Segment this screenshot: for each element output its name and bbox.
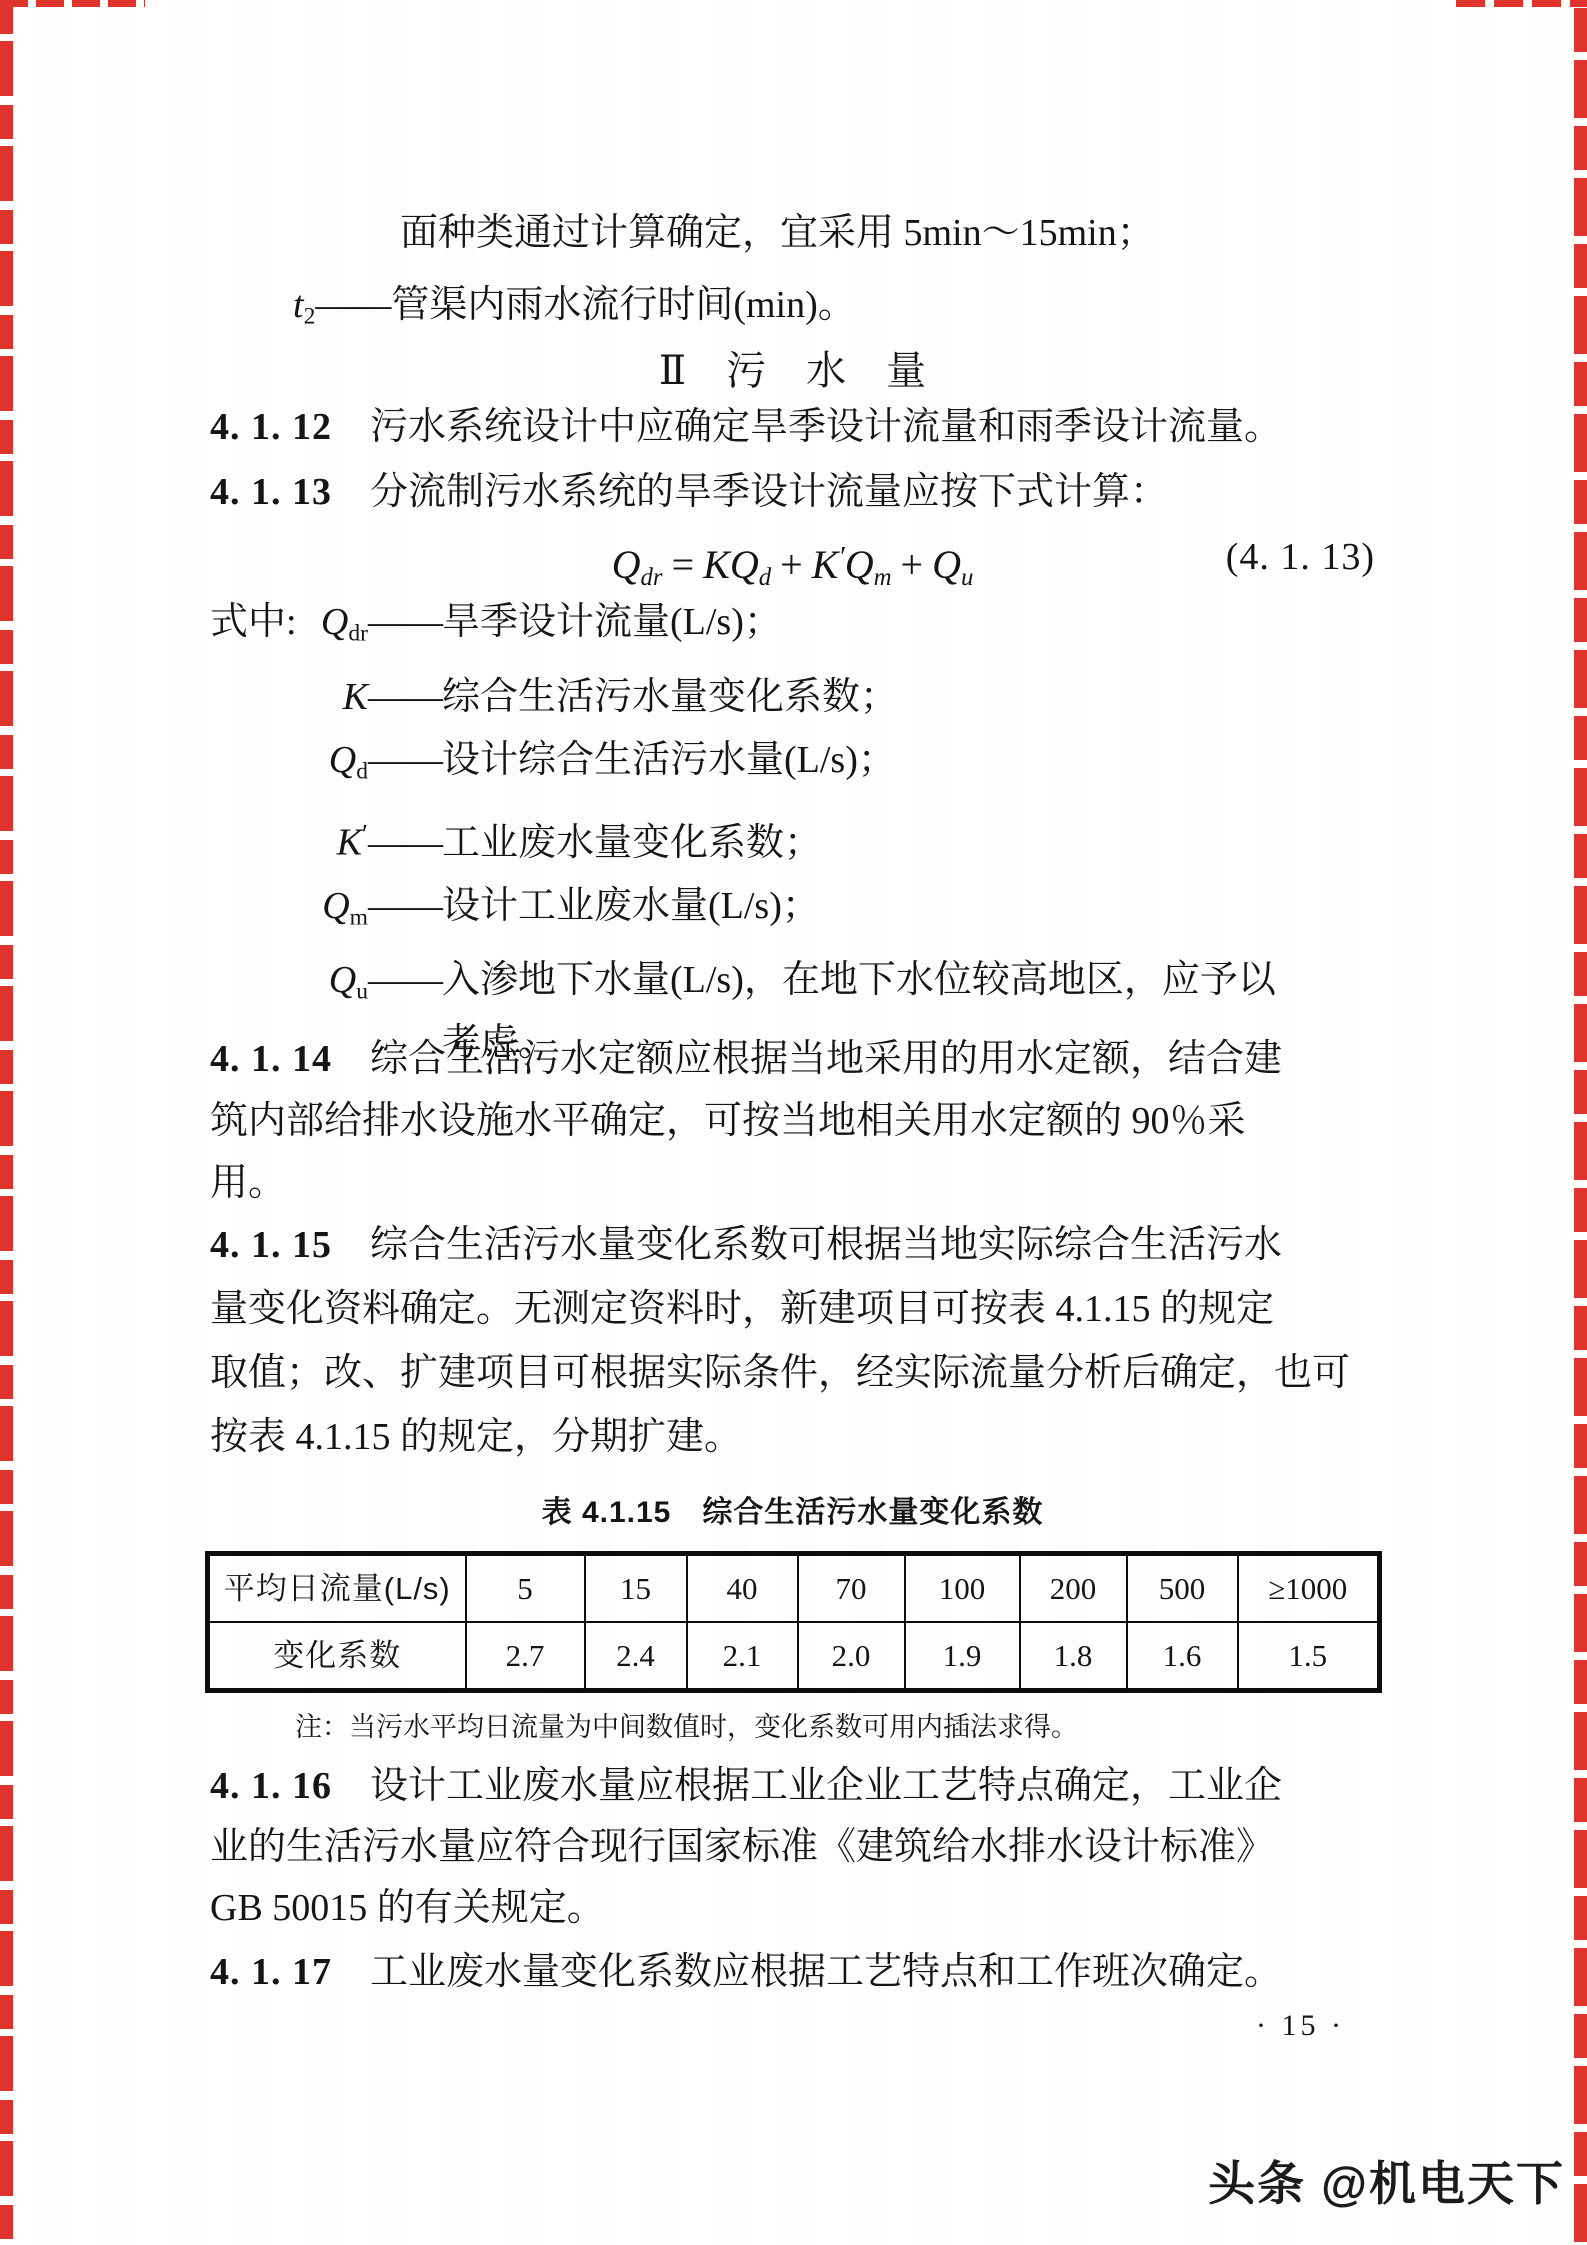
clause-line: 4. 1. 15综合生活污水量变化系数可根据当地实际综合生活污水 — [210, 1213, 1375, 1277]
definition-desc: 综合生活污水量变化系数； — [442, 666, 1375, 729]
clause-4-1-14: 4. 1. 14综合生活污水定额应根据当地采用的用水定额，结合建筑内部给排水设施… — [210, 1028, 1375, 1214]
math-symbol: Qdr — [321, 591, 368, 666]
math-symbol-base: Q — [932, 542, 961, 587]
clause-line: 业的生活污水量应符合现行国家标准《建筑给水排水设计标准》 — [210, 1817, 1375, 1878]
clause-text: 设计工业废水量应根据工业企业工艺特点确定，工业企 — [370, 1765, 1282, 1807]
table-flow-value: 15 — [585, 1554, 687, 1623]
clause-line: 4. 1. 14综合生活污水定额应根据当地采用的用水定额，结合建 — [210, 1028, 1375, 1090]
math-symbol-base: Q — [329, 739, 356, 781]
hanging-line-1: 面种类通过计算确定，宜采用 5min～15min； — [210, 201, 1375, 266]
math-symbol: K — [343, 666, 368, 729]
clause-number: 4. 1. 17 — [210, 1951, 332, 1993]
table-flow-value: 100 — [905, 1554, 1020, 1623]
table-data-row: 变化系数2.72.42.12.01.91.81.61.5 — [208, 1622, 1380, 1691]
definition-desc-line: 设计工业废水量(L/s)； — [442, 875, 1375, 938]
definition-desc-line: 旱季设计流量(L/s)； — [442, 591, 1375, 654]
math-subscript: d — [356, 758, 368, 784]
operator: + — [780, 542, 803, 587]
definition-dash: —— — [368, 949, 442, 1012]
definition-desc: 设计综合生活污水量(L/s)； — [442, 729, 1375, 792]
definition-item: 式中:Qdr——旱季设计流量(L/s)； — [210, 591, 1375, 666]
clause-text: 污水系统设计中应确定旱季设计流量和雨季设计流量。 — [370, 406, 1282, 448]
definition-desc-line: 入渗地下水量(L/s)，在地下水位较高地区，应予以 — [442, 949, 1375, 1012]
clause-number: 4. 1. 13 — [210, 471, 332, 513]
definition-symbol-col: K — [210, 666, 368, 729]
math-symbol: Qd — [329, 729, 368, 804]
definition-desc: 工业废水量变化系数； — [442, 812, 1375, 875]
red-scan-edge-right — [1574, 0, 1587, 2245]
math-subscript: m — [350, 904, 368, 930]
definition-symbol-col: Qu — [210, 949, 368, 1024]
math-symbol: Qu — [329, 949, 368, 1024]
page-content: 面种类通过计算确定，宜采用 5min～15min； t2——管渠内雨水流行时间(… — [210, 0, 1375, 2245]
table-flow-value: 5 — [466, 1554, 585, 1623]
math-symbol: K′ — [812, 542, 845, 587]
definition-desc-line: 设计综合生活污水量(L/s)； — [442, 729, 1375, 792]
clause-text: 工业废水量变化系数应根据工艺特点和工作班次确定。 — [370, 1951, 1282, 1993]
clause-line: 4. 1. 17工业废水量变化系数应根据工艺特点和工作班次确定。 — [210, 1940, 1375, 2005]
clause-line: 量变化资料确定。无测定资料时，新建项目可按表 4.1.15 的规定 — [210, 1277, 1375, 1341]
math-symbol-base: K — [703, 542, 730, 587]
definition-item: K′——工业废水量变化系数； — [210, 803, 1375, 874]
math-symbol-base: Q — [329, 959, 356, 1001]
clause-4-1-13: 4. 1. 13分流制污水系统的旱季设计流量应按下式计算： — [210, 460, 1375, 525]
term-t: t — [293, 284, 304, 326]
table-coefficient-value: 1.6 — [1127, 1622, 1238, 1691]
definition-symbol-col: 式中:Qdr — [210, 591, 368, 666]
symbol-definitions: 式中:Qdr——旱季设计流量(L/s)；K——综合生活污水量变化系数；Qd——设… — [210, 591, 1375, 1075]
table-flow-value: ≥1000 — [1238, 1554, 1380, 1623]
math-subscript: d — [759, 564, 771, 591]
term-t-subscript: 2 — [304, 304, 316, 330]
table-flow-value: 70 — [798, 1554, 905, 1623]
clause-text: 分流制污水系统的旱季设计流量应按下式计算： — [370, 471, 1168, 513]
clause-line: GB 50015 的有关规定。 — [210, 1878, 1375, 1939]
watermark: 头条 @机电天下 — [1208, 2155, 1565, 2213]
operator: + — [901, 542, 924, 587]
clause-line: 4. 1. 13分流制污水系统的旱季设计流量应按下式计算： — [210, 460, 1375, 525]
definition-desc-line: 综合生活污水量变化系数； — [442, 666, 1375, 729]
table-coefficient-value: 1.9 — [905, 1622, 1020, 1691]
red-scan-edge-top-right — [1447, 0, 1587, 7]
formula-expression: Qdr=KQd+K′Qm+Qu — [612, 542, 974, 587]
math-subscript: u — [961, 564, 973, 591]
definition-dash: —— — [368, 729, 442, 792]
hanging-line-1-text: 面种类通过计算确定，宜采用 5min～15min； — [400, 212, 1155, 254]
table-title: 表 4.1.15 综合生活污水量变化系数 — [210, 1491, 1375, 1535]
clause-number: 4. 1. 12 — [210, 406, 332, 448]
operator: = — [672, 542, 695, 587]
document-page: 面种类通过计算确定，宜采用 5min～15min； t2——管渠内雨水流行时间(… — [0, 0, 1587, 2245]
table-title-text: 表 4.1.15 综合生活污水量变化系数 — [542, 1496, 1044, 1529]
math-symbol-base: Q — [322, 885, 349, 927]
table-coefficient-value: 1.8 — [1020, 1622, 1127, 1691]
math-subscript: u — [356, 979, 368, 1005]
definition-dash: —— — [368, 812, 442, 875]
section-heading: Ⅱ 污 水 量 — [210, 338, 1375, 403]
math-symbol: Qd — [730, 542, 771, 587]
table-row-label: 变化系数 — [208, 1622, 466, 1691]
definition-desc: 设计工业废水量(L/s)； — [442, 875, 1375, 938]
table-note-text: 注：当污水平均日流量为中间数值时，变化系数可用内插法求得。 — [295, 1712, 1078, 1742]
clause-line: 取值；改、扩建项目可根据实际条件，经实际流量分析后确定，也可 — [210, 1341, 1375, 1405]
clause-number: 4. 1. 15 — [210, 1224, 332, 1266]
table-note: 注：当污水平均日流量为中间数值时，变化系数可用内插法求得。 — [210, 1706, 1375, 1748]
definition-symbol-col: K′ — [210, 803, 368, 874]
clause-4-1-16: 4. 1. 16设计工业废水量应根据工业企业工艺特点确定，工业企业的生活污水量应… — [210, 1756, 1375, 1939]
definition-item: K——综合生活污水量变化系数； — [210, 666, 1375, 729]
math-symbol: Qu — [932, 542, 973, 587]
table-coefficient-value: 1.5 — [1238, 1622, 1380, 1691]
math-symbol-base: Q — [612, 542, 641, 587]
red-scan-edge-left — [0, 0, 13, 2245]
table-coefficient-value: 2.4 — [585, 1622, 687, 1691]
clause-text: 综合生活污水定额应根据当地采用的用水定额，结合建 — [370, 1038, 1282, 1080]
math-symbol-base: K — [812, 542, 839, 587]
table-coefficient-value: 2.7 — [466, 1622, 585, 1691]
table-coefficient-value: 2.0 — [798, 1622, 905, 1691]
clause-text: 综合生活污水量变化系数可根据当地实际综合生活污水 — [370, 1224, 1282, 1266]
clause-line: 筑内部给排水设施水平确定，可按当地相关用水定额的 90％采 — [210, 1090, 1375, 1152]
math-subscript: m — [874, 564, 892, 591]
clause-line: 按表 4.1.15 的规定，分期扩建。 — [210, 1405, 1375, 1469]
table-header-row: 平均日流量(L/s)5154070100200500≥1000 — [208, 1554, 1380, 1623]
table-flow-value: 200 — [1020, 1554, 1127, 1623]
definition-desc: 旱季设计流量(L/s)； — [442, 591, 1375, 654]
math-symbol: K′ — [337, 803, 368, 874]
clause-line: 用。 — [210, 1152, 1375, 1214]
variation-coefficient-table: 平均日流量(L/s)5154070100200500≥1000变化系数2.72.… — [205, 1551, 1382, 1693]
math-symbol: Qm — [322, 875, 368, 950]
clause-line: 4. 1. 16设计工业废水量应根据工业企业工艺特点确定，工业企 — [210, 1756, 1375, 1817]
watermark-text: 头条 @机电天下 — [1208, 2157, 1565, 2210]
table-flow-value: 40 — [687, 1554, 798, 1623]
math-symbol-base: Q — [321, 601, 348, 643]
page-number: · 15 · — [210, 2006, 1375, 2046]
page-number-text: · 15 · — [1256, 2009, 1345, 2042]
math-subscript: dr — [641, 564, 663, 591]
clause-4-1-12: 4. 1. 12污水系统设计中应确定旱季设计流量和雨季设计流量。 — [210, 395, 1375, 460]
table-wrapper: 平均日流量(L/s)5154070100200500≥1000变化系数2.72.… — [205, 1551, 1377, 1693]
hanging-line-2-text: ——管渠内雨水流行时间(min)。 — [315, 284, 855, 326]
definition-dash: —— — [368, 666, 442, 729]
clause-line: 4. 1. 12污水系统设计中应确定旱季设计流量和雨季设计流量。 — [210, 395, 1375, 460]
definitions-intro: 式中: — [210, 591, 297, 654]
red-scan-edge-top-left — [0, 0, 145, 7]
math-symbol-base: K — [337, 822, 362, 864]
math-symbol: K — [703, 542, 730, 587]
clause-number: 4. 1. 16 — [210, 1765, 332, 1807]
math-symbol: Qm — [845, 542, 892, 587]
clause-4-1-15: 4. 1. 15综合生活污水量变化系数可根据当地实际综合生活污水量变化资料确定。… — [210, 1213, 1375, 1469]
definition-desc-line: 工业废水量变化系数； — [442, 812, 1375, 875]
definition-symbol-col: Qd — [210, 729, 368, 804]
math-symbol-base: K — [343, 676, 368, 718]
section-heading-text: Ⅱ 污 水 量 — [659, 348, 926, 393]
equation-number: (4. 1. 13) — [1226, 525, 1375, 590]
table-flow-value: 500 — [1127, 1554, 1238, 1623]
math-symbol: Qdr — [612, 542, 663, 587]
definition-item: Qd——设计综合生活污水量(L/s)； — [210, 729, 1375, 804]
definition-dash: —— — [368, 591, 442, 654]
table-header-label: 平均日流量(L/s) — [208, 1554, 466, 1623]
definition-item: Qm——设计工业废水量(L/s)； — [210, 875, 1375, 950]
math-symbol-base: Q — [730, 542, 759, 587]
clause-number: 4. 1. 14 — [210, 1038, 332, 1080]
math-symbol-base: Q — [845, 542, 874, 587]
clause-4-1-17: 4. 1. 17工业废水量变化系数应根据工艺特点和工作班次确定。 — [210, 1940, 1375, 2005]
definition-dash: —— — [368, 875, 442, 938]
table-coefficient-value: 2.1 — [687, 1622, 798, 1691]
math-subscript: dr — [348, 621, 368, 647]
definition-symbol-col: Qm — [210, 875, 368, 950]
